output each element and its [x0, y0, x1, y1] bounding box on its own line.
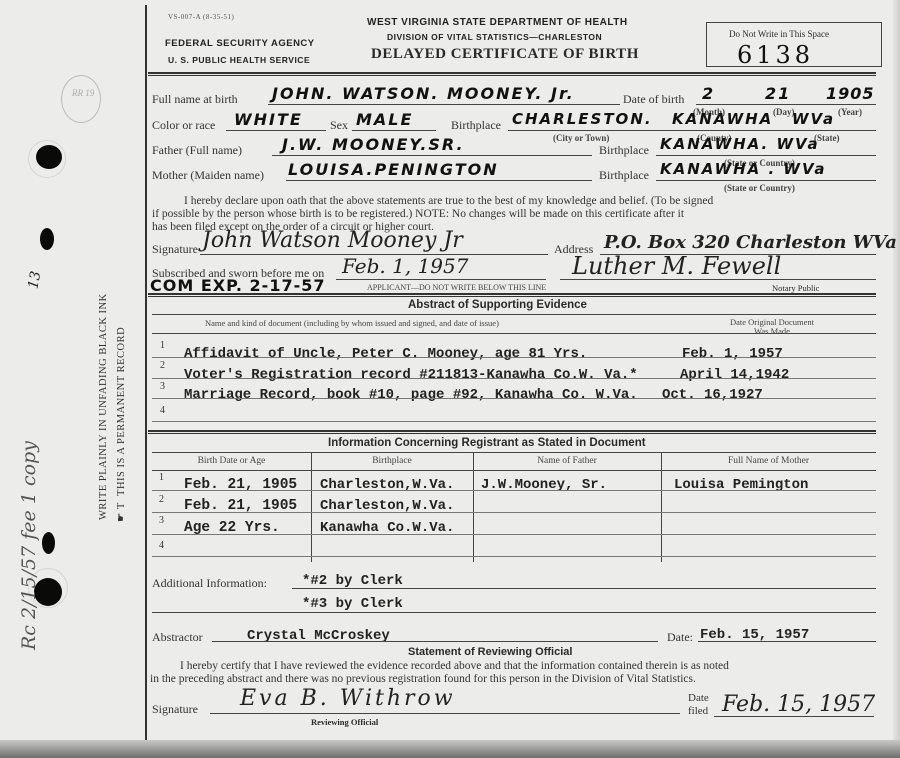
underline — [336, 279, 546, 280]
rule — [152, 490, 876, 491]
state-department: WEST VIRGINIA STATE DEPARTMENT OF HEALTH — [367, 17, 628, 28]
race-value: WHITE — [234, 110, 303, 129]
margin-handwritten-note: Rc 2/15/57 fee 1 copy — [18, 441, 40, 650]
applicant-signature: John Watson Mooney Jr — [202, 228, 463, 253]
underline — [560, 279, 876, 280]
notice-text: THIS IS A PERMANENT RECORD — [116, 327, 127, 496]
review-title: Statement of Reviewing Official — [408, 646, 572, 658]
row-number: 2 — [160, 360, 165, 371]
abstract-date: April 14,1942 — [680, 367, 789, 383]
underline — [268, 104, 620, 105]
rule — [152, 556, 876, 557]
underline — [656, 180, 876, 181]
underline — [210, 713, 680, 714]
header-divider — [148, 72, 876, 76]
section-divider — [148, 430, 876, 434]
form-number: VS-007-A (8-35-51) — [168, 13, 234, 21]
col-birthplace: Birthplace — [311, 456, 473, 466]
sex-value: MALE — [356, 110, 413, 129]
col-mother: Full Name of Mother — [661, 456, 876, 466]
dob-month: 2 — [702, 84, 715, 103]
registrant-info-title: Information Concerning Registrant as Sta… — [328, 437, 646, 449]
review-line-1: I hereby certify that I have reviewed th… — [180, 660, 729, 672]
office-use-box: Do Not Write in This Space 6138 — [706, 22, 882, 67]
notice-prefix: T — [116, 502, 127, 509]
form-border — [145, 5, 147, 740]
mother-birthplace-label: Birthplace — [599, 168, 649, 183]
notary-caption: Notary Public — [772, 283, 819, 293]
rule — [152, 534, 876, 535]
punch-hole-icon — [42, 532, 55, 554]
certificate-number: 6138 — [737, 41, 814, 69]
birthplace-state: WVa — [792, 110, 835, 128]
abstract-date: Oct. 16,1927 — [662, 387, 763, 403]
full-name-label: Full name at birth — [152, 92, 238, 107]
underline — [696, 104, 876, 105]
underline — [714, 716, 874, 717]
mother-value: LOUISA.PENINGTON — [288, 160, 499, 179]
full-name-value: JOHN. WATSON. MOONEY. Jr. — [272, 84, 575, 103]
underline — [698, 641, 876, 642]
mother-birthplace-value: KANAWHA . WVa — [660, 160, 827, 178]
sex-label: Sex — [330, 118, 348, 133]
page-bottom-edge — [0, 740, 900, 758]
rule — [152, 452, 876, 453]
office-box-label: Do Not Write in This Space — [729, 29, 829, 39]
mother-label: Mother (Maiden name) — [152, 168, 264, 183]
dob-day: 21 — [765, 84, 791, 103]
abstract-col-document: Name and kind of document (including by … — [205, 318, 499, 328]
rule — [152, 470, 876, 471]
underline — [272, 155, 592, 156]
oath-line-2: if possible by the person whose birth is… — [152, 208, 684, 220]
col-birth-date: Birth Date or Age — [152, 456, 311, 466]
column-divider — [473, 452, 474, 562]
father-birthplace-label: Birthplace — [599, 143, 649, 158]
abstractor-date-label: Date: — [667, 630, 693, 645]
agency-line-1: FEDERAL SECURITY AGENCY — [165, 38, 315, 49]
rule — [152, 512, 876, 513]
abstract-document: Voter's Registration record #211813-Kana… — [184, 367, 638, 383]
underline — [508, 130, 876, 131]
row-number: 4 — [160, 405, 165, 416]
section-divider — [148, 293, 876, 297]
father-value: J.W. MOONEY.SR. — [282, 135, 465, 154]
oath-line-1: I hereby declare upon oath that the abov… — [184, 195, 713, 207]
notary-signature: Luther M. Fewell — [572, 252, 781, 280]
abstract-title: Abstract of Supporting Evidence — [408, 299, 587, 311]
punch-hole-icon — [36, 145, 62, 169]
sworn-date: Feb. 1, 1957 — [342, 254, 468, 278]
stamp-text: RR 19 — [72, 88, 94, 98]
row-number: 2 — [159, 494, 164, 505]
rule — [152, 378, 876, 379]
column-divider — [311, 452, 312, 562]
review-line-2: in the preceding abstract and there was … — [150, 673, 696, 685]
additional-info-label: Additional Information: — [152, 576, 267, 591]
column-divider — [661, 452, 662, 562]
father-birthplace-value: KANAWHA. WVa — [660, 135, 820, 153]
agency-line-2: U. S. PUBLIC HEALTH SERVICE — [168, 55, 310, 65]
birthplace-county: KANAWHA — [672, 110, 773, 128]
race-label: Color or race — [152, 118, 215, 133]
father-label: Father (Full name) — [152, 143, 242, 158]
underline — [656, 155, 876, 156]
row-number: 3 — [160, 381, 165, 392]
reviewer-signature: Eva B. Withrow — [240, 686, 456, 711]
city-caption: (City or Town) — [553, 133, 609, 143]
underline — [292, 588, 876, 589]
vertical-notice-2: ☛ T THIS IS A PERMANENT RECORD — [115, 327, 127, 522]
certificate-title: DELAYED CERTIFICATE OF BIRTH — [371, 46, 639, 63]
additional-info-line-2: *#3 by Clerk — [302, 596, 403, 612]
additional-info-line-1: *#2 by Clerk — [302, 573, 403, 589]
birthplace-label: Birthplace — [451, 118, 501, 133]
rule — [152, 421, 876, 422]
abstract-document: Affidavit of Uncle, Peter C. Mooney, age… — [184, 346, 587, 362]
page-edge — [893, 0, 900, 740]
abstract-document: Marriage Record, book #10, page #92, Kan… — [184, 387, 638, 403]
address-value: P.O. Box 320 Charleston WVa — [604, 232, 897, 253]
birthplace-city: CHARLESTON. — [512, 110, 653, 128]
row-number: 1 — [160, 340, 165, 351]
margin-note-number: 13 — [25, 270, 44, 290]
pointing-hand-icon: ☛ — [116, 509, 127, 522]
dob-year: 1905 — [826, 84, 875, 103]
abstract-date: Feb. 1, 1957 — [682, 346, 783, 362]
row-number: 1 — [159, 472, 164, 483]
underline — [152, 612, 876, 613]
punch-hole-icon — [40, 228, 54, 250]
date-filed-label-2: filed — [688, 705, 708, 717]
division: DIVISION OF VITAL STATISTICS—CHARLESTON — [387, 32, 602, 42]
reviewer-caption: Reviewing Official — [311, 717, 378, 727]
certificate-page: RR 19 13 Rc 2/15/57 fee 1 copy WRITE PLA… — [0, 0, 900, 758]
rule — [152, 398, 876, 399]
date-filed-value: Feb. 15, 1957 — [722, 692, 875, 717]
row-number: 3 — [159, 515, 164, 526]
rule — [152, 357, 876, 358]
applicant-signature-label: Signature — [152, 242, 198, 257]
row-number: 4 — [159, 540, 164, 551]
rule — [152, 314, 876, 315]
dob-label: Date of birth — [623, 92, 684, 107]
applicant-notice: APPLICANT—DO NOT WRITE BELOW THIS LINE — [367, 283, 546, 292]
underline — [212, 641, 658, 642]
underline — [286, 180, 592, 181]
state-country-caption: (State or Country) — [724, 183, 795, 193]
reviewer-signature-label: Signature — [152, 702, 198, 717]
year-caption: (Year) — [838, 107, 862, 117]
abstractor-label: Abstractor — [152, 630, 203, 645]
underline — [226, 130, 326, 131]
received-stamp: RR 19 — [61, 75, 101, 123]
underline — [352, 130, 436, 131]
date-filed-label-1: Date — [688, 692, 709, 704]
col-father: Name of Father — [473, 456, 661, 466]
vertical-notice-1: WRITE PLAINLY IN UNFADING BLACK INK — [98, 293, 109, 520]
rule — [152, 333, 876, 334]
